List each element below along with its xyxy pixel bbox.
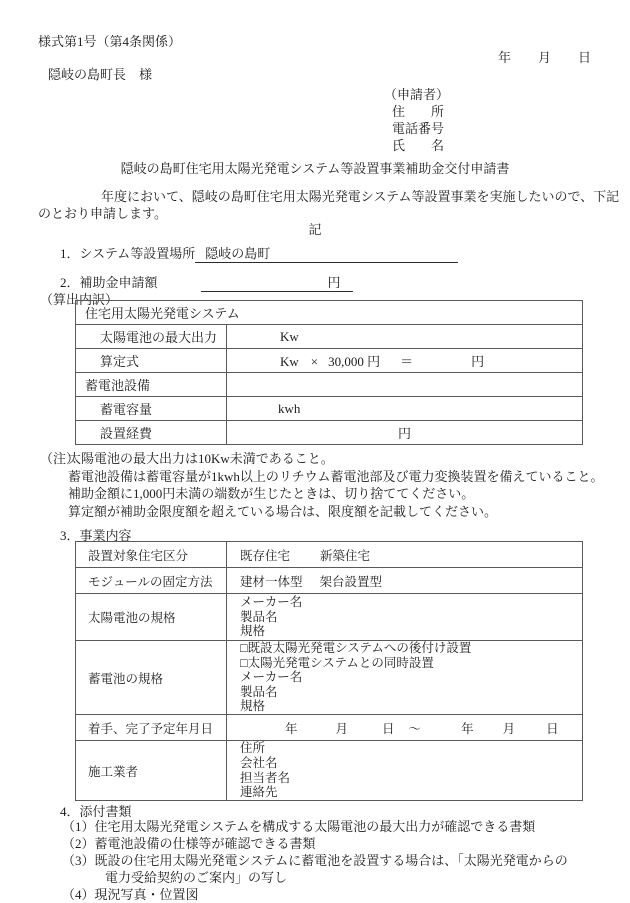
date-day-label: 日: [578, 47, 591, 66]
housing-type-label: 設置対象住宅区分: [76, 542, 227, 568]
battery-retrofit-text: 既設太陽光発電システムへの後付け設置: [248, 641, 472, 655]
pv-spec-label: 太陽電池の規格: [76, 594, 227, 641]
attachments-list: （1）住宅用太陽光発電システムを構成する太陽電池の最大出力が確認できる書類 （2…: [62, 818, 568, 903]
note-line: （注）太陽電池の最大出力は10Kw未満であること。: [40, 450, 604, 468]
schedule-field[interactable]: 年月日～年月日: [227, 715, 583, 741]
application-form-page: 様式第1号（第4条関係） 年 月 日 隠岐の島町長 様 （申請者） 住 所 電話…: [0, 0, 630, 903]
schedule-m2: 月: [503, 719, 516, 737]
table-row: 設置対象住宅区分 既存住宅新築住宅: [76, 542, 583, 568]
document-title: 隠岐の島町住宅用太陽光発電システム等設置事業補助金交付申請書: [0, 158, 630, 177]
table-row: 蓄電容量 kwh: [76, 397, 583, 421]
table-row: 太陽電池の規格 メーカー名 製品名 規格: [76, 594, 583, 641]
capacity-label: 蓄電容量: [76, 397, 227, 421]
module-fixing-label: モジュールの固定方法: [76, 568, 227, 594]
list-item: （2）蓄電池設備の仕様等が確認できる書類: [62, 835, 568, 852]
capacity-field[interactable]: kwh: [227, 397, 583, 421]
schedule-d1: 日: [382, 719, 395, 737]
pv-maker-label: メーカー名: [240, 595, 582, 610]
battery-equipment-field[interactable]: [227, 373, 583, 397]
cost-field[interactable]: 円: [227, 421, 583, 445]
schedule-tilde: ～: [409, 719, 422, 737]
formula-yen: 円: [471, 354, 484, 369]
battery-product-label: 製品名: [240, 685, 582, 700]
housing-new-option[interactable]: 新築住宅: [320, 549, 370, 563]
date-month-label: 月: [538, 47, 551, 66]
checkbox-icon[interactable]: □: [240, 641, 248, 655]
module-mount-option[interactable]: 架台設置型: [320, 575, 383, 589]
applicant-name-label: 氏 名: [392, 135, 444, 154]
battery-maker-label: メーカー名: [240, 670, 582, 685]
contractor-company-label: 会社名: [240, 756, 582, 771]
battery-spec-field[interactable]: □既設太陽光発電システムへの後付け設置 □太陽光発電システムとの同時設置 メーカ…: [227, 641, 583, 715]
section1-installation-place: 1．システム等設置場所隠岐の島町: [60, 243, 458, 263]
table-row: 太陽電池の最大出力 Kw: [76, 325, 583, 349]
form-number: 様式第1号（第4条関係）: [38, 31, 181, 50]
formula-field[interactable]: Kw×30,000 円＝円: [227, 349, 583, 373]
max-output-label: 太陽電池の最大出力: [76, 325, 227, 349]
battery-equipment-header: 蓄電池設備: [76, 373, 227, 397]
table-row: 算定式 Kw×30,000 円＝円: [76, 349, 583, 373]
battery-simultaneous-text: 太陽光発電システムとの同時設置: [248, 656, 434, 670]
schedule-m1: 月: [336, 719, 349, 737]
list-item: （3）既設の住宅用太陽光発電システムに蓄電池を設置する場合は、「太陽光発電からの: [62, 852, 568, 869]
schedule-label: 着手、完了予定年月日: [76, 715, 227, 741]
calc-table-header: 住宅用太陽光発電システム: [76, 301, 583, 325]
battery-simultaneous-option[interactable]: □太陽光発電システムとの同時設置: [240, 656, 582, 671]
note-line: 蓄電池設備は蓄電容量が1kwh以上のリチウム蓄電池部及び電力変換装置を備えている…: [68, 468, 604, 486]
note-line: 算定額が補助金限度額を超えている場合は、限度額を記載してください。: [68, 503, 604, 521]
table-row: 住宅用太陽光発電システム: [76, 301, 583, 325]
schedule-d2: 日: [546, 719, 559, 737]
date-year-label: 年: [498, 47, 511, 66]
pv-standard-label: 規格: [240, 624, 582, 639]
formula-equals: ＝: [400, 354, 413, 369]
table-row: 蓄電池の規格 □既設太陽光発電システムへの後付け設置 □太陽光発電システムとの同…: [76, 641, 583, 715]
formula-times: ×: [311, 354, 318, 369]
list-item: （1）住宅用太陽光発電システムを構成する太陽電池の最大出力が確認できる書類: [62, 818, 568, 835]
installation-place-field[interactable]: 隠岐の島町: [195, 243, 458, 263]
pv-product-label: 製品名: [240, 610, 582, 625]
max-output-field[interactable]: Kw: [227, 325, 583, 349]
subsidy-amount-field[interactable]: 円: [201, 272, 353, 292]
addressee: 隠岐の島町長 様: [48, 64, 152, 83]
table-row: 蓄電池設備: [76, 373, 583, 397]
battery-standard-label: 規格: [240, 699, 582, 714]
body-text-line1: 年度において、隠岐の島町住宅用太陽光発電システム等設置事業を実施したいので、下記: [101, 186, 619, 205]
table-row: 設置経費 円: [76, 421, 583, 445]
module-fixing-field[interactable]: 建材一体型架台設置型: [227, 568, 583, 594]
project-details-table: 設置対象住宅区分 既存住宅新築住宅 モジュールの固定方法 建材一体型架台設置型 …: [75, 541, 583, 801]
table-row: 着手、完了予定年月日 年月日～年月日: [76, 715, 583, 741]
section1-label: 1．システム等設置場所: [60, 243, 195, 263]
calc-breakdown-table: 住宅用太陽光発電システム 太陽電池の最大出力 Kw 算定式 Kw×30,000 …: [75, 300, 583, 445]
list-item-continuation: 電力受給契約のご案内」の写し: [105, 869, 568, 886]
checkbox-icon[interactable]: □: [240, 656, 248, 670]
contractor-label: 施工業者: [76, 741, 227, 801]
formula-price: 30,000 円: [328, 354, 380, 369]
notes-block: （注）太陽電池の最大出力は10Kw未満であること。 蓄電池設備は蓄電容量が1kw…: [40, 450, 604, 520]
table-row: モジュールの固定方法 建材一体型架台設置型: [76, 568, 583, 594]
record-mark: 記: [0, 219, 630, 238]
cost-label: 設置経費: [76, 421, 227, 445]
contractor-field[interactable]: 住所 会社名 担当者名 連絡先: [227, 741, 583, 801]
schedule-y2: 年: [461, 719, 474, 737]
formula-label: 算定式: [76, 349, 227, 373]
battery-retrofit-option[interactable]: □既設太陽光発電システムへの後付け設置: [240, 641, 582, 656]
contractor-contact-label: 連絡先: [240, 785, 582, 800]
pv-spec-field[interactable]: メーカー名 製品名 規格: [227, 594, 583, 641]
battery-spec-label: 蓄電池の規格: [76, 641, 227, 715]
contractor-address-label: 住所: [240, 741, 582, 756]
note-line: 補助金額に1,000円未満の端数が生じたときは、切り捨ててください。: [68, 485, 604, 503]
note-marker: （注）: [40, 450, 68, 468]
list-item: （4）現況写真・位置図: [62, 886, 568, 903]
housing-type-field[interactable]: 既存住宅新築住宅: [227, 542, 583, 568]
schedule-y1: 年: [285, 719, 298, 737]
note-text: 太陽電池の最大出力は10Kw未満であること。: [68, 451, 334, 466]
table-row: 施工業者 住所 会社名 担当者名 連絡先: [76, 741, 583, 801]
contractor-person-label: 担当者名: [240, 771, 582, 786]
date-line: 年 月 日: [498, 47, 591, 66]
module-integrated-option[interactable]: 建材一体型: [240, 575, 303, 589]
formula-kw: Kw: [227, 354, 299, 370]
housing-existing-option[interactable]: 既存住宅: [240, 549, 290, 563]
